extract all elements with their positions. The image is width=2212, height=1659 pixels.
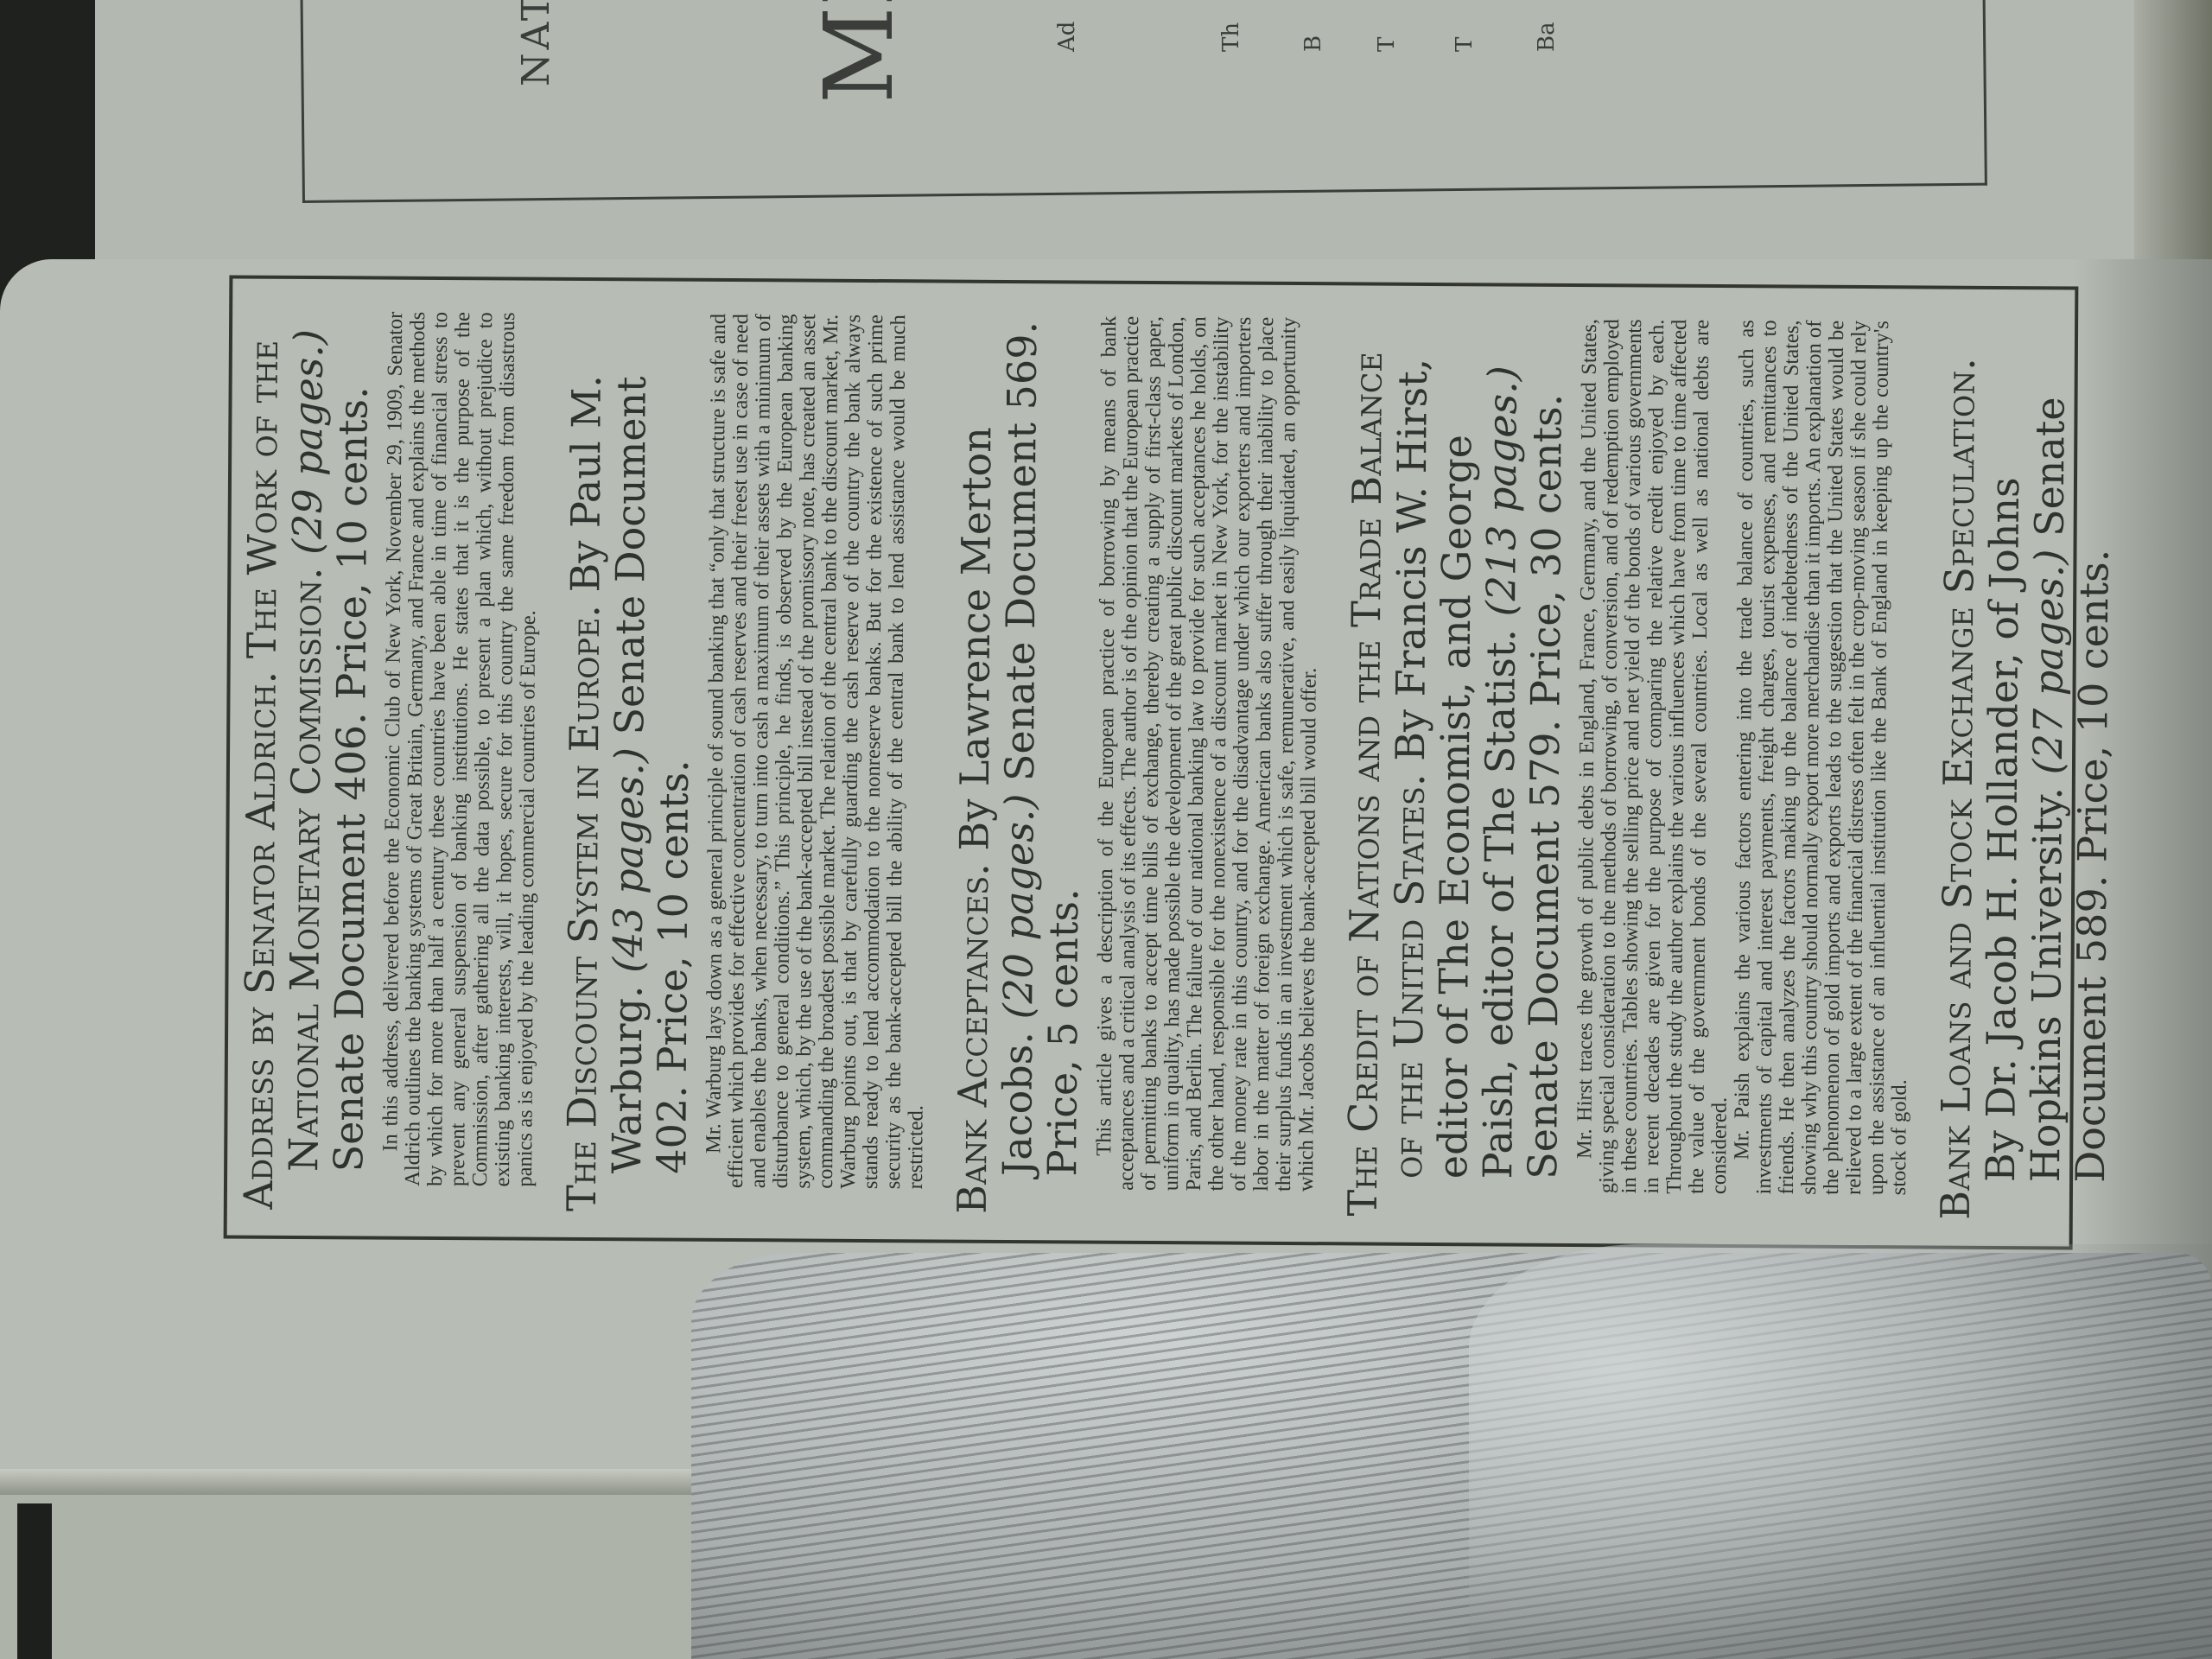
page-border: Address by Senator Aldrich. The Work of …	[224, 275, 2079, 1249]
summary-paragraph: This article gives a description of the …	[1093, 316, 1323, 1192]
entry-price: Price, 30 cents.	[1522, 394, 1570, 708]
entry-pages: (213 pages.)	[1478, 365, 1526, 616]
entry-heading: Bank Acceptances. By Lawrence Merton Jac…	[950, 315, 1090, 1215]
back-page-list-item: Ba	[1534, 22, 1560, 52]
entry-pages: (43 pages.)	[605, 747, 653, 973]
entry-title: Bank Loans and Stock Exchange Speculatio…	[1932, 358, 1984, 1220]
entry-title: Bank Acceptances.	[949, 863, 997, 1214]
entry-summary: Mr. Warburg lays down as a general princ…	[702, 314, 932, 1190]
entry-document: Senate Document 579.	[1519, 720, 1568, 1179]
entry-summary: Mr. Hirst traces the growth of public de…	[1573, 319, 1916, 1195]
back-page-list-item: T	[1452, 37, 1478, 52]
back-page-list-item: B	[1300, 35, 1326, 52]
back-page-list-item: Ad	[1054, 22, 1080, 52]
summary-paragraph: Mr. Warburg lays down as a general princ…	[702, 314, 932, 1190]
page-shadow	[2134, 0, 2212, 285]
publication-entry: Address by Senator Aldrich. The Work of …	[236, 311, 542, 1211]
entry-pages: (20 pages.)	[995, 793, 1043, 1019]
publication-entry: The Credit of Nations and the Trade Bala…	[1340, 317, 1916, 1219]
summary-paragraph: In this address, delivered before the Ec…	[379, 312, 542, 1187]
publication-entry: Bank Acceptances. By Lawrence Merton Jac…	[950, 315, 1323, 1217]
back-page-heading: NATIO	[514, 0, 558, 86]
summary-paragraph: Mr. Hirst traces the growth of public de…	[1573, 319, 1736, 1194]
entry-document: Senate Document 406.	[325, 712, 374, 1172]
summary-paragraph: Mr. Paish explains the various factors e…	[1731, 320, 1916, 1195]
publication-list: Address by Senator Aldrich. The Work of …	[227, 284, 2075, 1246]
publication-entry: The Discount System in Europe. By Paul M…	[559, 313, 932, 1214]
entry-heading: Address by Senator Aldrich. The Work of …	[236, 311, 376, 1211]
entry-summary: This article gives a description of the …	[1093, 316, 1323, 1192]
entry-title: The Discount System in Europe.	[558, 605, 608, 1211]
page-edge	[0, 1469, 709, 1495]
back-page-list-item: Th	[1218, 22, 1244, 52]
entry-pages: (27 pages.)	[2024, 549, 2073, 774]
entry-price: Price, 10 cents.	[649, 760, 697, 1073]
entry-document: Senate Document 569.	[996, 321, 1046, 781]
entry-price: Price, 5 cents.	[1039, 888, 1087, 1176]
entry-price: Price, 10 cents.	[327, 386, 376, 700]
back-page: NATIO MI Ad Th B T T Ba	[95, 0, 2212, 285]
entry-heading: The Credit of Nations and the Trade Bala…	[1340, 317, 1570, 1217]
entry-summary: In this address, delivered before the Ec…	[379, 312, 542, 1187]
book-cover-edge	[17, 1503, 52, 1659]
glove-fold	[1469, 1244, 2212, 1659]
entry-pages: (29 pages.)	[283, 329, 332, 555]
back-page-list-item: T	[1374, 37, 1400, 52]
entry-heading: The Discount System in Europe. By Paul M…	[559, 313, 699, 1212]
back-page-title: MI	[804, 0, 914, 104]
lower-pages	[0, 1469, 709, 1659]
